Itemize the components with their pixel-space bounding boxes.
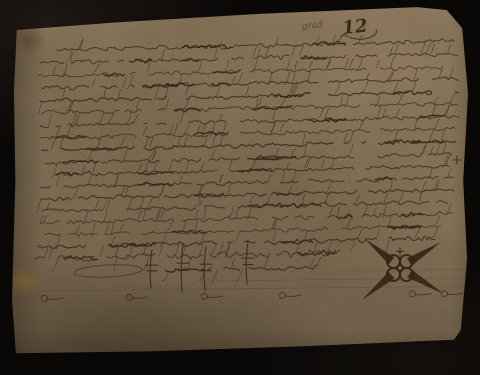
parchment-grain-texture — [0, 0, 480, 375]
photo-background: grad 12 — [0, 0, 480, 375]
parchment-sheet: grad 12 — [0, 0, 480, 375]
